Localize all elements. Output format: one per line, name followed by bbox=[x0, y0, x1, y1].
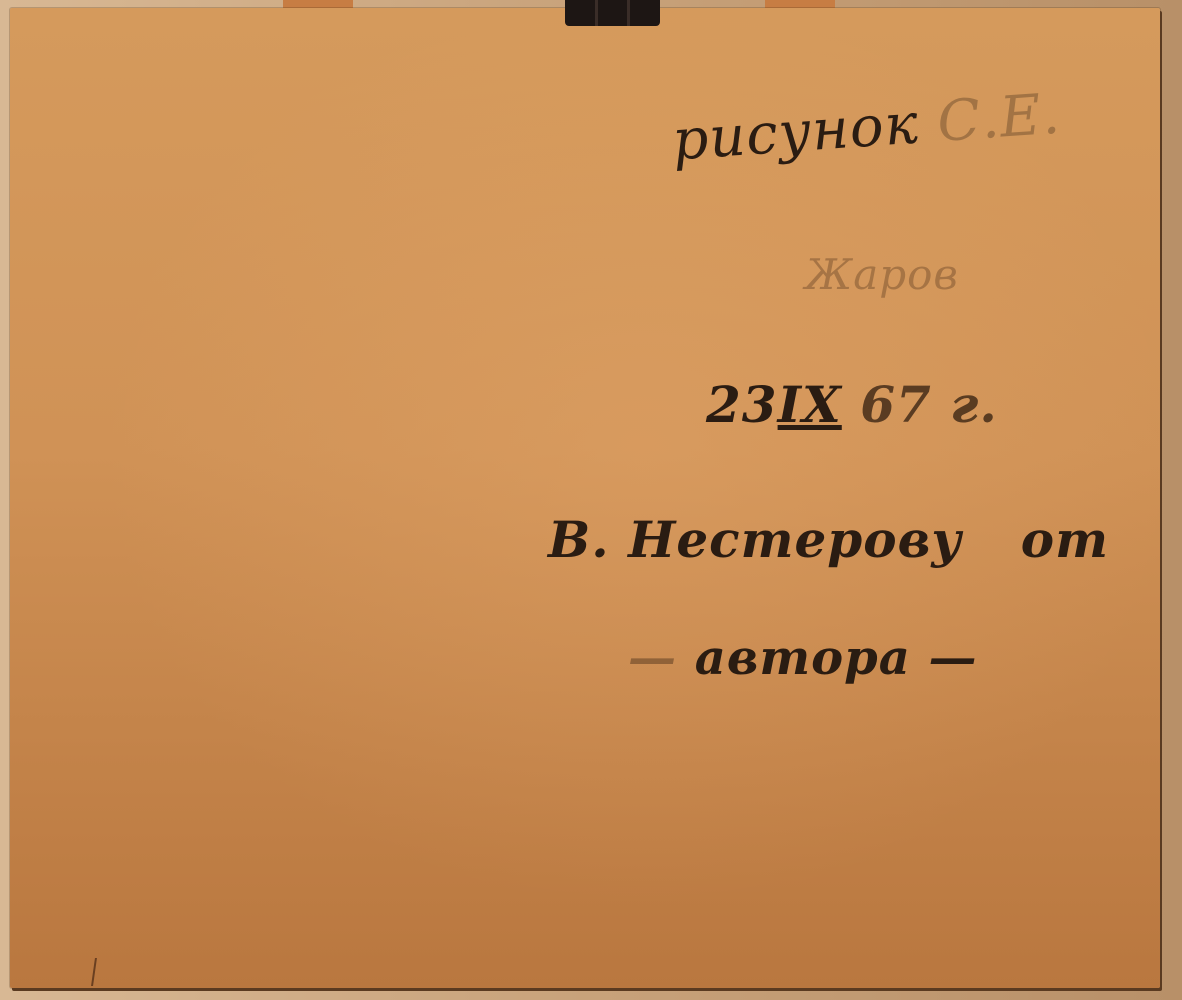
inscription-date: 23IX 67 г. bbox=[706, 375, 998, 434]
date-year: 67 г. bbox=[860, 375, 998, 434]
paper-tear bbox=[91, 958, 97, 986]
dedication-from: от bbox=[1021, 510, 1109, 569]
dash-right: — bbox=[929, 630, 978, 686]
paper-sheet bbox=[10, 8, 1160, 988]
dash-left: — bbox=[628, 630, 677, 686]
inscription-line-2: Жаров bbox=[805, 250, 959, 299]
binder-clip bbox=[565, 0, 660, 26]
inscription-author: — автора — bbox=[628, 630, 978, 686]
inscription-initials: С.Е. bbox=[935, 82, 1063, 155]
date-month: IX bbox=[778, 375, 842, 434]
dedication-recipient: В. Нестерову bbox=[548, 510, 962, 569]
date-day: 23 bbox=[706, 375, 778, 434]
author-word: автора bbox=[695, 630, 911, 686]
inscription-dedication: В. Нестерову от bbox=[548, 510, 1109, 569]
